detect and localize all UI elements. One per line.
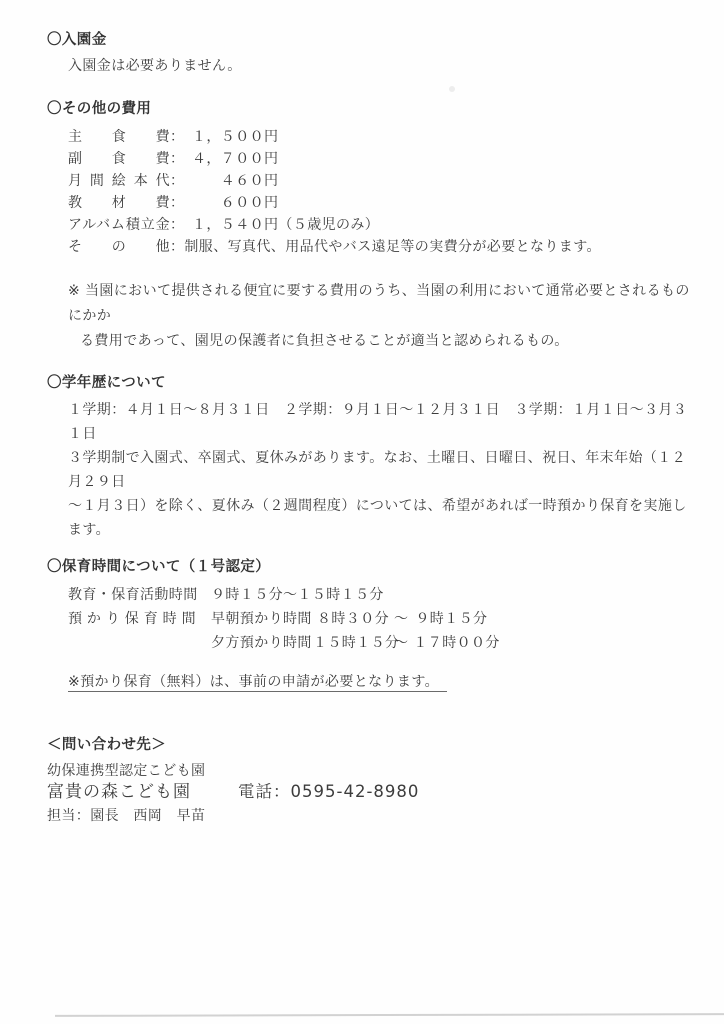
evening-label: 夕方預かり時間	[211, 631, 313, 655]
azukari-note-text: ※預かり保育（無料）は、事前の申請が必要となります。	[68, 674, 447, 692]
fee-note: ※ 当園において提供される便宜に要する費用のうち、当園の利用において通常必要とさ…	[47, 279, 690, 354]
entrance-fee-body: 入園金は必要ありません。	[47, 58, 690, 74]
other-fees-heading: 〇その他の費用	[47, 101, 690, 117]
school-year-heading: 〇学年歴について	[47, 375, 690, 391]
fee-label: アルバム積立金	[68, 214, 170, 236]
fee-row-staple-food: 主食費：１，５００円	[68, 126, 690, 148]
morning-start-time: ８時３０分	[313, 607, 389, 631]
school-year-line2: ３学期制で入園式、卒園式、夏休みがあります。なお、土曜日、日曜日、祝日、年末年始…	[68, 446, 690, 494]
fee-row-side-food: 副食費：４，７００円	[68, 148, 690, 170]
fee-label: 副食費	[68, 148, 170, 170]
childcare-hours-heading: 〇保育時間について（１号認定）	[47, 559, 690, 575]
azukari-label: 預かり保育時間	[68, 607, 196, 631]
time-separator: ～	[394, 631, 408, 655]
activity-time: ９時１５分～１５時１５分	[211, 587, 384, 603]
document-content: 〇入園金 入園金は必要ありません。 〇その他の費用 主食費：１，５００円 副食費…	[0, 0, 724, 824]
section-school-year: 〇学年歴について １学期：４月１日～８月３１日 ２学期：９月１日～１２月３１日 …	[47, 375, 690, 542]
fee-row-other: その他：制服、写真代、用品代やバス遠足等の実費分が必要となります。	[68, 236, 690, 258]
school-year-lines: １学期：４月１日～８月３１日 ２学期：９月１日～１２月３１日 ３学期：１月１日～…	[47, 398, 690, 542]
fee-row-materials: 教材費：６００円	[68, 192, 690, 214]
scanned-document-page: 〇入園金 入園金は必要ありません。 〇その他の費用 主食費：１，５００円 副食費…	[0, 0, 724, 1024]
fee-colon: ：	[170, 236, 184, 258]
contact-org-type: 幼保連携型認定こども園	[47, 763, 690, 779]
contact-main-line: 富貴の森こども園電話：0595-42-8980	[47, 784, 690, 800]
contact-heading: ＜問い合わせ先＞	[47, 737, 690, 753]
evening-end-time: １７時００分	[413, 631, 487, 655]
contact-phone: 電話：0595-42-8980	[238, 784, 419, 800]
section-childcare-hours: 〇保育時間について（１号認定） 教育・保育活動時間９時１５分～１５時１５分 預か…	[47, 559, 690, 690]
fee-label: その他	[68, 236, 170, 258]
fee-colon: ：	[170, 214, 184, 236]
entrance-fee-heading: 〇入園金	[47, 32, 690, 48]
morning-end-time: ９時１５分	[413, 607, 487, 631]
fee-amount: ６００円	[184, 192, 278, 214]
fee-amount: ４，７００円	[184, 148, 278, 170]
fee-amount: ４６０円	[184, 170, 278, 192]
fee-colon: ：	[170, 170, 184, 192]
fee-colon: ：	[170, 148, 184, 170]
evening-start-time: １５時１５分	[313, 631, 389, 655]
section-other-fees: 〇その他の費用 主食費：１，５００円 副食費：４，７００円 月間絵本代：４６０円…	[47, 101, 690, 354]
fee-row-picture-book: 月間絵本代：４６０円	[68, 170, 690, 192]
hours-row-morning: 預かり保育時間早朝預かり時間８時３０分～９時１５分	[68, 607, 690, 631]
fee-colon: ：	[170, 192, 184, 214]
fee-row-album-fund: アルバム積立金：１，５４０円（５歳児のみ）	[68, 214, 690, 236]
time-separator: ～	[394, 607, 408, 631]
activity-label: 教育・保育活動時間	[68, 583, 196, 607]
azukari-note: ※預かり保育（無料）は、事前の申請が必要となります。	[47, 674, 690, 690]
fee-other-text: 制服、写真代、用品代やバス遠足等の実費分が必要となります。	[184, 239, 600, 255]
hours-row-evening: 夕方預かり時間１５時１５分～１７時００分	[68, 631, 690, 655]
fee-amount: １，５００円	[184, 126, 278, 148]
section-entrance-fee: 〇入園金 入園金は必要ありません。	[47, 32, 690, 74]
fee-suffix: （５歳児のみ）	[278, 217, 379, 233]
fee-note-line1: ※ 当園において提供される便宜に要する費用のうち、当園の利用において通常必要とさ…	[68, 279, 690, 329]
contact-org-name: 富貴の森こども園	[47, 784, 191, 800]
childcare-hours-rows: 教育・保育活動時間９時１５分～１５時１５分 預かり保育時間早朝預かり時間８時３０…	[47, 583, 690, 655]
fee-label: 主食費	[68, 126, 170, 148]
school-year-line3: ～１月３日）を除く、夏休み（２週間程度）については、希望があれば一時預かり保育を…	[68, 494, 690, 542]
fee-note-line2: る費用であって、園児の保護者に負担させることが適当と認められるもの。	[68, 329, 690, 354]
morning-label: 早朝預かり時間	[211, 607, 313, 631]
scan-artifact-dot	[449, 86, 455, 92]
school-year-line1: １学期：４月１日～８月３１日 ２学期：９月１日～１２月３１日 ３学期：１月１日～…	[68, 398, 690, 446]
section-contact: ＜問い合わせ先＞ 幼保連携型認定こども園 富貴の森こども園電話：0595-42-…	[47, 737, 690, 824]
fee-colon: ：	[170, 126, 184, 148]
fee-label: 教材費	[68, 192, 170, 214]
fee-label: 月間絵本代	[68, 170, 170, 192]
fee-list: 主食費：１，５００円 副食費：４，７００円 月間絵本代：４６０円 教材費：６００…	[47, 126, 690, 258]
scan-artifact-bottom-line	[55, 1013, 724, 1016]
contact-person: 担当：園長 西岡 早苗	[47, 808, 690, 824]
fee-amount: １，５４０円	[184, 214, 278, 236]
hours-row-activity: 教育・保育活動時間９時１５分～１５時１５分	[68, 583, 690, 607]
